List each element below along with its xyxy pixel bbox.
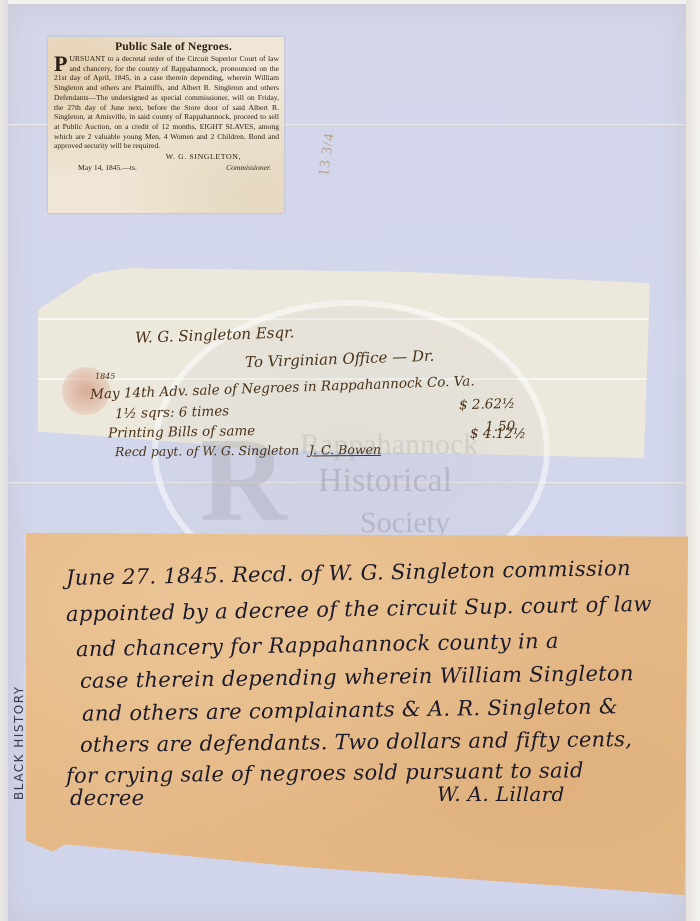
watermark-line2: Historical xyxy=(318,464,452,498)
clipping-signature: W. G. SINGLETON, xyxy=(54,152,279,162)
receipt-line6: Recd payt. of W. G. Singleton J. C. Bowe… xyxy=(115,442,381,459)
clipping-footer: May 14, 1845.—ts. Commissioner. xyxy=(54,162,279,173)
receipt-total: $ 4.12½ xyxy=(470,426,526,442)
clipping-body: PURSUANT to a decretal order of the Circ… xyxy=(54,54,279,151)
receipt-amount1: $ 2.62½ xyxy=(459,396,515,413)
letter-line: decree xyxy=(70,786,144,810)
letter-signature: W. A. Lillard xyxy=(437,782,565,806)
side-label: BLACK HISTORY xyxy=(12,685,26,800)
clipping-date: May 14, 1845.—ts. xyxy=(78,163,137,173)
receipt-item: Printing Bills of same xyxy=(108,423,255,442)
receipt-received-by: J. C. Bowen xyxy=(309,442,381,458)
clipping-dropcap: P xyxy=(54,55,67,72)
clipping-text: URSUANT to a decretal order of the Circu… xyxy=(54,54,279,150)
clipping-title: Public Sale of Negroes. xyxy=(68,41,279,53)
page-edge-right xyxy=(686,0,700,921)
clipping-role: Commissioner. xyxy=(226,163,271,173)
watermark-line3: Society xyxy=(360,508,450,538)
receipt-received: Recd payt. of W. G. Singleton xyxy=(115,443,299,460)
newspaper-clipping: Public Sale of Negroes. PURSUANT to a de… xyxy=(48,37,284,213)
receipt-item: 1½ sqrs: 6 times xyxy=(115,403,229,422)
receipt-year: 1845 xyxy=(95,372,115,381)
page-edge-left xyxy=(0,0,8,921)
